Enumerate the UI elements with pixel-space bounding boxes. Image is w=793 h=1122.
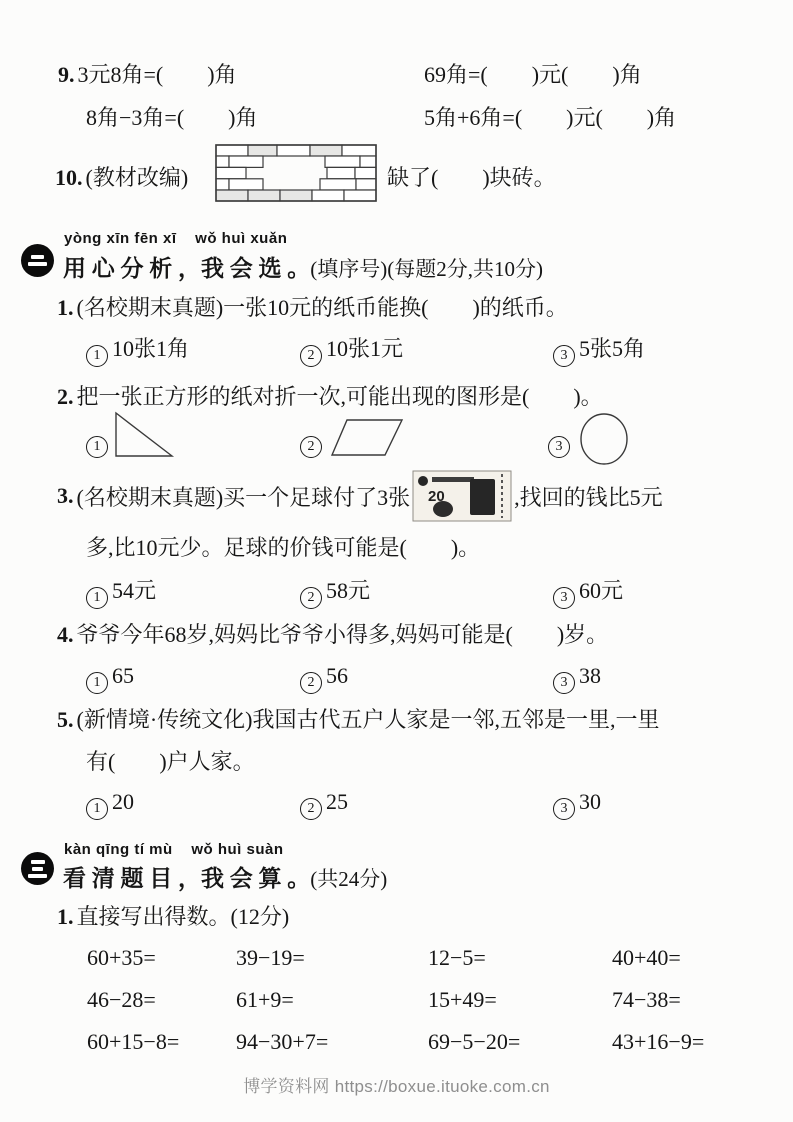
s2-q3-option-2: 258元 <box>300 578 370 609</box>
q9-line2-right: 5角+6角=( )元( )角 <box>424 104 676 131</box>
circled-number-icon: 3 <box>553 345 575 367</box>
math-problem: 61+9= <box>236 986 294 1013</box>
circle-shape <box>578 411 630 467</box>
s2-q3-option-3: 360元 <box>553 578 623 609</box>
section-two-score-note: (填序号)(每题2分,共10分) <box>310 257 543 281</box>
s2-q2-text: 2.把一张正方形的纸对折一次,可能出现的图形是( )。 <box>57 383 603 410</box>
banknote-20-yuan-image: 20 <box>412 470 512 522</box>
circled-number-icon: 2 <box>300 672 322 694</box>
s2-q1-option-1: 110张1角 <box>86 336 189 367</box>
s2-q5-option-3: 330 <box>553 789 601 820</box>
math-problem: 60+35= <box>87 944 156 971</box>
section-three-icon <box>21 852 54 885</box>
math-problem: 15+49= <box>428 986 497 1013</box>
circled-number-icon: 2 <box>300 798 322 820</box>
brick-wall-figure <box>215 144 377 202</box>
q9-line1-right: 69角=( )元( )角 <box>424 61 642 88</box>
math-problem: 43+16−9= <box>612 1028 704 1055</box>
s2-q5-line2: 有( )户人家。 <box>86 748 255 775</box>
circled-number-icon: 3 <box>548 436 570 458</box>
s2-q4-option-1: 165 <box>86 663 134 694</box>
s2-q1-option-3: 35张5角 <box>553 336 645 367</box>
section-two-title: 用 心 分 析 ，我 会 选 。(填序号)(每题2分,共10分) <box>63 250 543 283</box>
math-problem: 94−30+7= <box>236 1028 328 1055</box>
q9-line2-left: 8角−3角=( )角 <box>86 104 257 131</box>
math-problem: 74−38= <box>612 986 681 1013</box>
s2-q2-option-3: 3 <box>548 427 574 458</box>
circled-number-icon: 2 <box>300 587 322 609</box>
circled-number-icon: 2 <box>300 345 322 367</box>
banknote-seal-icon <box>418 476 428 486</box>
circled-number-icon: 3 <box>553 587 575 609</box>
q10-after: 缺了( )块砖。 <box>387 164 556 191</box>
math-problem: 60+15−8= <box>87 1028 179 1055</box>
q10-number: 10. <box>55 165 86 190</box>
math-problem: 39−19= <box>236 944 305 971</box>
s2-q1-text: 1.(名校期末真题)一张10元的纸币能换( )的纸币。 <box>57 294 568 321</box>
s2-q3-line2: 多,比10元少。足球的价钱可能是( )。 <box>86 534 480 561</box>
s2-q2-option-1: 1 <box>86 427 112 458</box>
worksheet-page: 9.3元8角=( )角 69角=( )元( )角 8角−3角=( )角 5角+6… <box>0 0 793 1122</box>
math-problem: 12−5= <box>428 944 486 971</box>
q9-line1-left: 9.3元8角=( )角 <box>58 61 237 88</box>
s2-q3-line1: 3.(名校期末真题)买一个足球付了3张 20 ,找回的钱比5元 <box>57 468 663 524</box>
s2-q4-option-2: 256 <box>300 663 348 694</box>
section-three-pinyin: kàn qīng tí mù wǒ huì suàn <box>64 841 284 858</box>
banknote-flower-icon <box>433 501 453 517</box>
math-problem: 46−28= <box>87 986 156 1013</box>
banknote-portrait <box>470 479 495 515</box>
parallelogram-shape <box>330 418 404 458</box>
math-problem: 40+40= <box>612 944 681 971</box>
s2-q5-line1: 5.(新情境·传统文化)我国古代五户人家是一邻,五邻是一里,一里 <box>57 706 659 733</box>
section-two-icon <box>21 244 54 277</box>
circled-number-icon: 1 <box>86 436 108 458</box>
math-problem: 69−5−20= <box>428 1028 520 1055</box>
q9-number: 9. <box>58 62 78 87</box>
circled-number-icon: 1 <box>86 587 108 609</box>
footer-watermark: 博学资料网 https://boxue.ituoke.com.cn <box>0 1072 793 1097</box>
section-two-pinyin: yòng xīn fēn xī wǒ huì xuǎn <box>64 230 287 247</box>
s2-q3-option-1: 154元 <box>86 578 156 609</box>
circled-number-icon: 3 <box>553 798 575 820</box>
s2-q5-option-1: 120 <box>86 789 134 820</box>
circled-number-icon: 2 <box>300 436 322 458</box>
q10-label: 10.(教材改编) <box>55 164 188 191</box>
circled-number-icon: 1 <box>86 798 108 820</box>
s2-q4-option-3: 338 <box>553 663 601 694</box>
right-triangle-shape <box>113 411 175 459</box>
s3-q1-text: 1.直接写出得数。(12分) <box>57 903 289 930</box>
s2-q4-text: 4.爷爷今年68岁,妈妈比爷爷小得多,妈妈可能是( )岁。 <box>57 621 608 648</box>
s2-q2-option-2: 2 <box>300 427 326 458</box>
s2-q1-option-2: 210张1元 <box>300 336 403 367</box>
circled-number-icon: 3 <box>553 672 575 694</box>
circled-number-icon: 1 <box>86 672 108 694</box>
circled-number-icon: 1 <box>86 345 108 367</box>
section-three-title: 看 清 题 目 ，我 会 算 。(共24分) <box>63 860 387 893</box>
section-three-score-note: (共24分) <box>310 867 387 891</box>
s2-q5-option-2: 225 <box>300 789 348 820</box>
